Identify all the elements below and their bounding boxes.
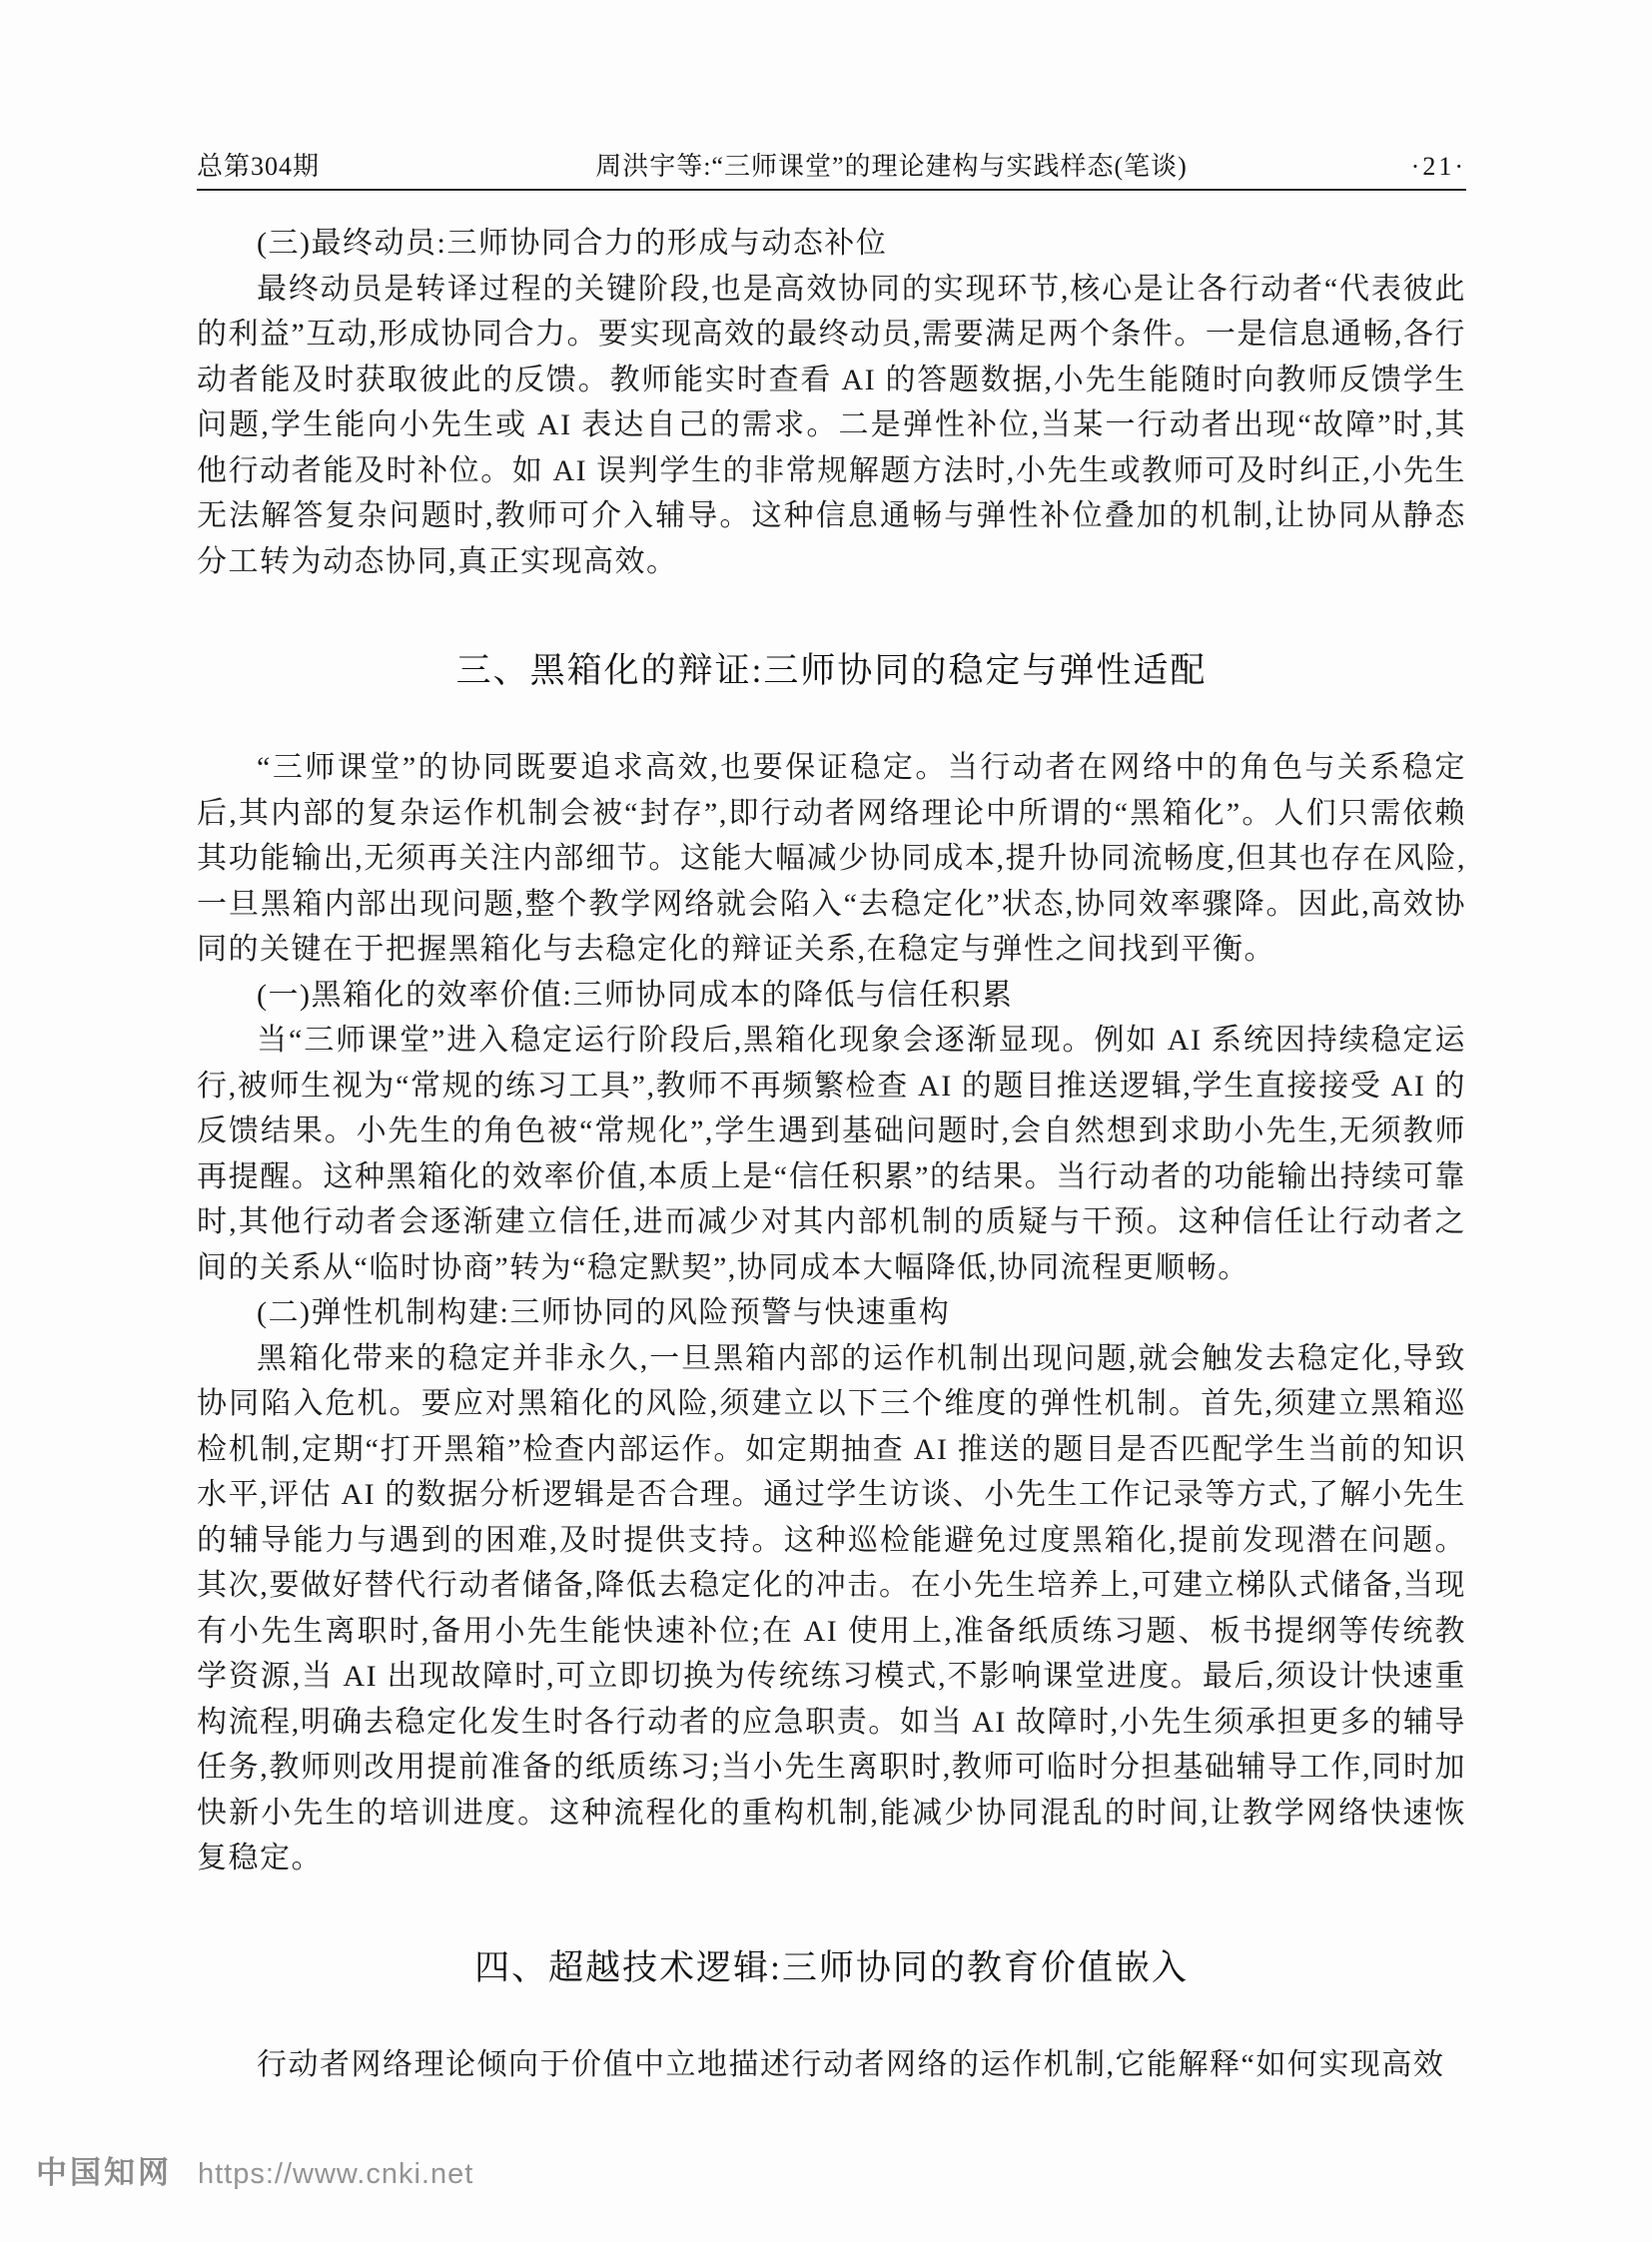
running-title: 周洪宇等:“三师课堂”的理论建构与实践样态(笔谈)	[476, 146, 1306, 183]
page-number: ·21·	[1306, 152, 1466, 182]
section-heading-3: 三、黑箱化的辩证:三师协同的稳定与弹性适配	[197, 647, 1466, 695]
paragraph: 黑箱化带来的稳定并非永久,一旦黑箱内部的运作机制出现问题,就会触发去稳定化,导致…	[197, 1336, 1466, 1881]
paragraph-truncated: 行动者网络理论倾向于价值中立地描述行动者网络的运作机制,它能解释“如何实现高效	[197, 2042, 1466, 2088]
cnki-watermark-logo: 中国知网	[36, 2147, 172, 2192]
paragraph: “三师课堂”的协同既要追求高效,也要保证稳定。当行动者在网络中的角色与关系稳定后…	[197, 745, 1466, 973]
page-header: 总第304期 周洪宇等:“三师课堂”的理论建构与实践样态(笔谈) ·21·	[197, 146, 1466, 183]
section-heading-4: 四、超越技术逻辑:三师协同的教育价值嵌入	[197, 1944, 1466, 1992]
paragraph: 最终动员是转译过程的关键阶段,也是高效协同的实现环节,核心是让各行动者“代表彼此…	[197, 267, 1466, 585]
header-rule	[197, 189, 1466, 191]
page-footer: 中国知网 https://www.cnki.net	[36, 2147, 473, 2192]
subsection-heading-3: (三)最终动员:三师协同合力的形成与动态补位	[197, 221, 1466, 267]
journal-page: 总第304期 周洪宇等:“三师课堂”的理论建构与实践样态(笔谈) ·21· (三…	[0, 0, 1652, 2242]
subsection-heading-2: (二)弹性机制构建:三师协同的风险预警与快速重构	[197, 1290, 1466, 1336]
subsection-heading-1: (一)黑箱化的效率价值:三师协同成本的降低与信任积累	[197, 973, 1466, 1019]
paragraph: 当“三师课堂”进入稳定运行阶段后,黑箱化现象会逐渐显现。例如 AI 系统因持续稳…	[197, 1018, 1466, 1290]
article-body: (三)最终动员:三师协同合力的形成与动态补位 最终动员是转译过程的关键阶段,也是…	[197, 221, 1466, 2087]
cnki-watermark-url: https://www.cnki.net	[198, 2158, 473, 2191]
issue-number: 总第304期	[197, 146, 476, 183]
